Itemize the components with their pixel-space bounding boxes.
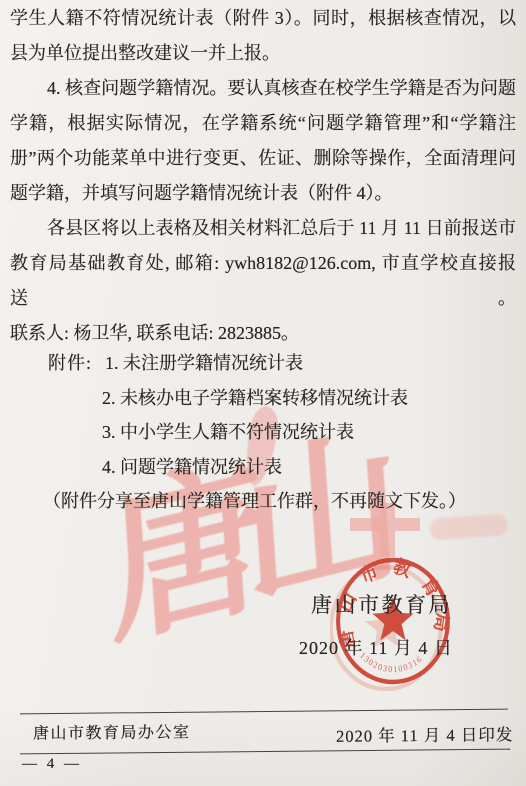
page-number: — 4 — [22, 756, 82, 773]
document-page: 唐山 唐山市教育局 1302030100316 学生人籍不符情况统计表（附件 3… [0, 0, 526, 786]
body-text-block: 学生人籍不符情况统计表（附件 3）。同时，根据核查情况，以 县为单位提出整改建议… [10, 1, 516, 351]
attachment-row: 附件:1. 未注册学籍情况统计表 [10, 346, 516, 381]
attachments-list: 附件:1. 未注册学籍情况统计表 2. 未核办电子学籍档案转移情况统计表 3. … [10, 346, 516, 519]
attachment-item: 3. 中小学生人籍不符情况统计表 [10, 415, 516, 450]
attachment-item: 2. 未核办电子学籍档案转移情况统计表 [10, 381, 516, 416]
body-line: 册”两个功能菜单中进行变更、佐证、删除等操作，全面清理问 [10, 141, 516, 176]
footer-rule-top [20, 709, 508, 715]
footer-print-date: 2020 年 11 月 4 日印发 [336, 721, 513, 747]
official-seal: 唐山市教育局 1302030100316 [330, 551, 456, 691]
signature-date: 2020 年 11 月 4 日 [299, 634, 453, 660]
signature-organization: 唐山市教育局 [311, 589, 452, 619]
attachments-note: （附件分享至唐山学籍管理工作群，不再随文下发。） [10, 484, 516, 519]
attachment-item: 1. 未注册学籍情况统计表 [105, 353, 303, 373]
footer-rule-bottom [20, 749, 510, 755]
attachment-item: 4. 问题学籍情况统计表 [10, 450, 516, 485]
body-line: 4. 核查问题学籍情况。要认真核查在校学生学籍是否为问题 [10, 71, 516, 106]
body-line: 学籍，根据实际情况，在学籍系统“问题学籍管理”和“学籍注 [10, 106, 516, 141]
attachments-label: 附件: [48, 353, 92, 373]
body-line: 教育局基础教育处, 邮箱: ywh8182@126.com, 市直学校直接报送。 [10, 246, 516, 316]
body-line: 各县区将以上表格及相关材料汇总后于 11 月 11 日前报送市 [10, 211, 516, 246]
body-line: 县为单位提出整改建议一并上报。 [10, 36, 516, 71]
footer-issuing-office: 唐山市教育局办公室 [33, 719, 191, 743]
body-line: 题学籍，并填写问题学籍情况统计表（附件 4）。 [10, 176, 516, 211]
body-line: 学生人籍不符情况统计表（附件 3）。同时，根据核查情况，以 [10, 1, 516, 36]
